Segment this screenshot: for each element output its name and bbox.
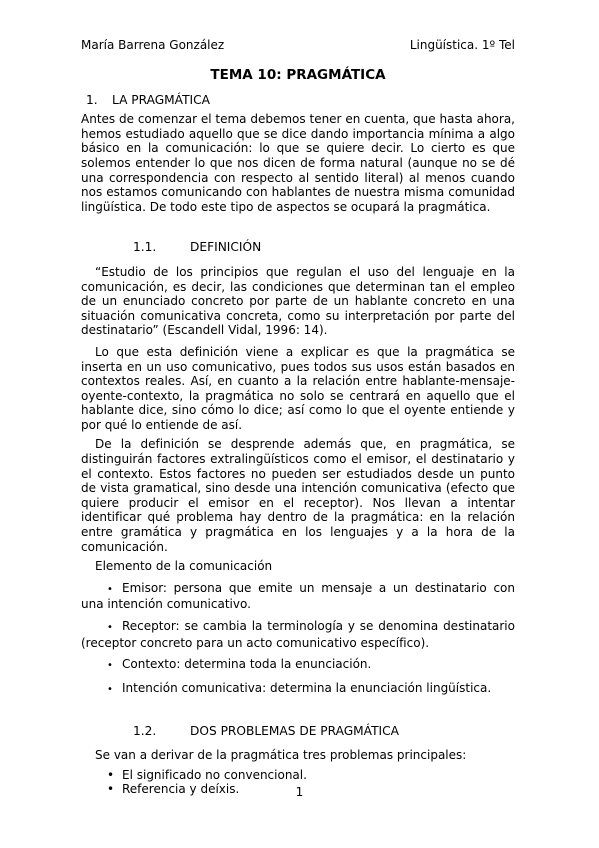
page-header: María Barrena González Lingüística. 1º T… — [81, 38, 515, 53]
bullet-icon: • — [107, 659, 122, 674]
list-item-text: Receptor: se cambia la terminología y se… — [81, 619, 515, 650]
heading-number: 1.2. — [133, 724, 190, 739]
document-page: María Barrena González Lingüística. 1º T… — [0, 0, 599, 848]
elements-subheading: Elemento de la comunicación — [81, 559, 515, 574]
bullet-icon: • — [107, 583, 122, 598]
list-item-text: Emisor: persona que emite un mensaje a u… — [81, 581, 515, 612]
list-item-text: El significado no convencional. — [122, 768, 307, 782]
bullet-icon: • — [107, 683, 122, 698]
header-course: Lingüística. 1º Tel — [410, 38, 515, 53]
list-item-intencion: •Intención comunicativa: determina la en… — [81, 681, 515, 698]
list-item-contexto: •Contexto: determina toda la enunciación… — [81, 657, 515, 674]
heading-number: 1.1. — [133, 240, 190, 255]
heading-number: 1. — [86, 93, 112, 108]
header-author: María Barrena González — [81, 38, 224, 53]
list-item-text: Contexto: determina toda la enunciación. — [122, 657, 371, 671]
document-title: TEMA 10: PRAGMÁTICA — [81, 67, 515, 83]
heading-label: DEFINICIÓN — [190, 240, 261, 255]
heading-label: LA PRAGMÁTICA — [112, 93, 210, 108]
list-item-significado: •El significado no convencional. — [107, 768, 515, 783]
heading-label: DOS PROBLEMAS DE PRAGMÁTICA — [190, 724, 399, 739]
list-item-text: Intención comunicativa: determina la enu… — [122, 681, 491, 695]
paragraph-definition-quote: “Estudio de los principios que regulan e… — [81, 265, 515, 338]
list-item-receptor: •Receptor: se cambia la terminología y s… — [81, 619, 515, 650]
paragraph-problemas-intro: Se van a derivar de la pragmática tres p… — [81, 748, 515, 763]
paragraph-intro: Antes de comenzar el tema debemos tener … — [81, 112, 515, 214]
heading-dos-problemas: 1.2. DOS PROBLEMAS DE PRAGMÁTICA — [81, 724, 515, 739]
paragraph-explanation: Lo que esta definición viene a explicar … — [81, 345, 515, 433]
list-item-emisor: •Emisor: persona que emite un mensaje a … — [81, 581, 515, 612]
heading-definicion: 1.1. DEFINICIÓN — [81, 240, 515, 255]
bullet-icon: • — [107, 768, 122, 783]
bullet-icon: • — [107, 621, 122, 636]
page-number: 1 — [0, 785, 599, 800]
paragraph-factors: De la definición se desprende además que… — [81, 437, 515, 554]
heading-la-pragmatica: 1. LA PRAGMÁTICA — [81, 93, 515, 108]
